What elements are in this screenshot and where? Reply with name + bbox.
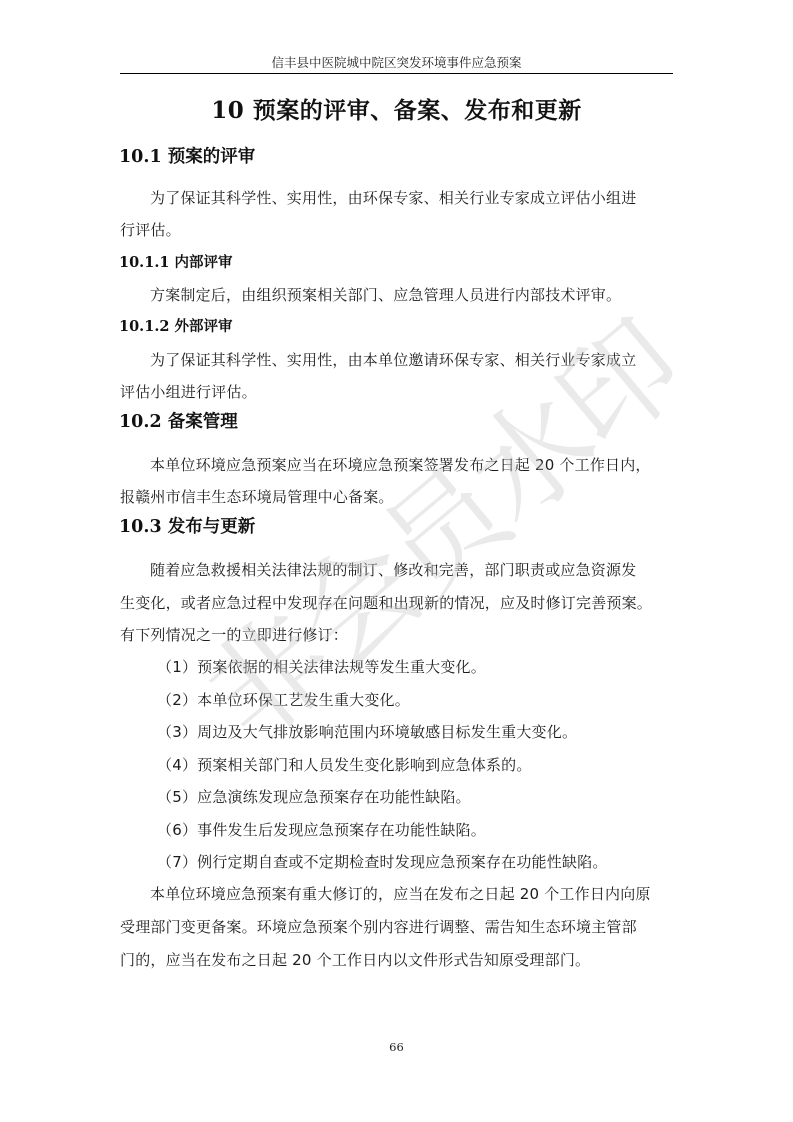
subsection-heading-10-1-2: 10.1.2 外部评审 xyxy=(119,317,233,337)
header-divider xyxy=(120,73,673,74)
paragraph-line: 行评估。 xyxy=(120,219,673,241)
running-header: 信丰县中医院城中院区突发环境事件应急预案 xyxy=(120,55,673,71)
list-item: （1）预案依据的相关法律法规等发生重大变化。 xyxy=(157,656,673,678)
list-item: （3）周边及大气排放影响范围内环境敏感目标发生重大变化。 xyxy=(157,721,673,743)
paragraph-line: 生变化，或者应急过程中发现存在问题和出现新的情况，应及时修订完善预案。 xyxy=(120,592,673,614)
paragraph-line: 为了保证其科学性、实用性，由本单位邀请环保专家、相关行业专家成立 xyxy=(150,349,673,371)
page-number: 66 xyxy=(0,1040,793,1054)
section-heading-10-2: 10.2 备案管理 xyxy=(119,410,238,434)
list-item: （4）预案相关部门和人员发生变化影响到应急体系的。 xyxy=(157,754,673,776)
list-item: （5）应急演练发现应急预案存在功能性缺陷。 xyxy=(157,786,673,808)
paragraph-line: 本单位环境应急预案有重大修订的，应当在发布之日起 20 个工作日内向原 xyxy=(150,883,673,905)
section-heading-10-1: 10.1 预案的评审 xyxy=(119,145,255,169)
paragraph-line: 有下列情况之一的立即进行修订： xyxy=(120,624,673,646)
list-item: （6）事件发生后发现应急预案存在功能性缺陷。 xyxy=(157,819,673,841)
paragraph-line: 为了保证其科学性、实用性，由环保专家、相关行业专家成立评估小组进 xyxy=(150,187,673,209)
chapter-title: 10 预案的评审、备案、发布和更新 xyxy=(120,94,673,128)
subsection-heading-10-1-1: 10.1.1 内部评审 xyxy=(119,253,233,273)
document-page: 信丰县中医院城中院区突发环境事件应急预案 10 预案的评审、备案、发布和更新 1… xyxy=(0,0,793,1122)
paragraph-line: 本单位环境应急预案应当在环境应急预案签署发布之日起 20 个工作日内， xyxy=(150,454,673,476)
paragraph-line: 随着应急救援相关法律法规的制订、修改和完善，部门职责或应急资源发 xyxy=(150,559,673,581)
paragraph-line: 报赣州市信丰生态环境局管理中心备案。 xyxy=(120,486,673,508)
list-item: （2）本单位环保工艺发生重大变化。 xyxy=(157,689,673,711)
paragraph-line: 评估小组进行评估。 xyxy=(120,381,673,403)
section-heading-10-3: 10.3 发布与更新 xyxy=(119,515,255,539)
list-item: （7）例行定期自查或不定期检查时发现应急预案存在功能性缺陷。 xyxy=(157,851,673,873)
paragraph-line: 受理部门变更备案。环境应急预案个别内容进行调整、需告知生态环境主管部 xyxy=(120,916,673,938)
paragraph-line: 方案制定后，由组织预案相关部门、应急管理人员进行内部技术评审。 xyxy=(150,284,673,306)
paragraph-line: 门的，应当在发布之日起 20 个工作日内以文件形式告知原受理部门。 xyxy=(120,949,673,971)
